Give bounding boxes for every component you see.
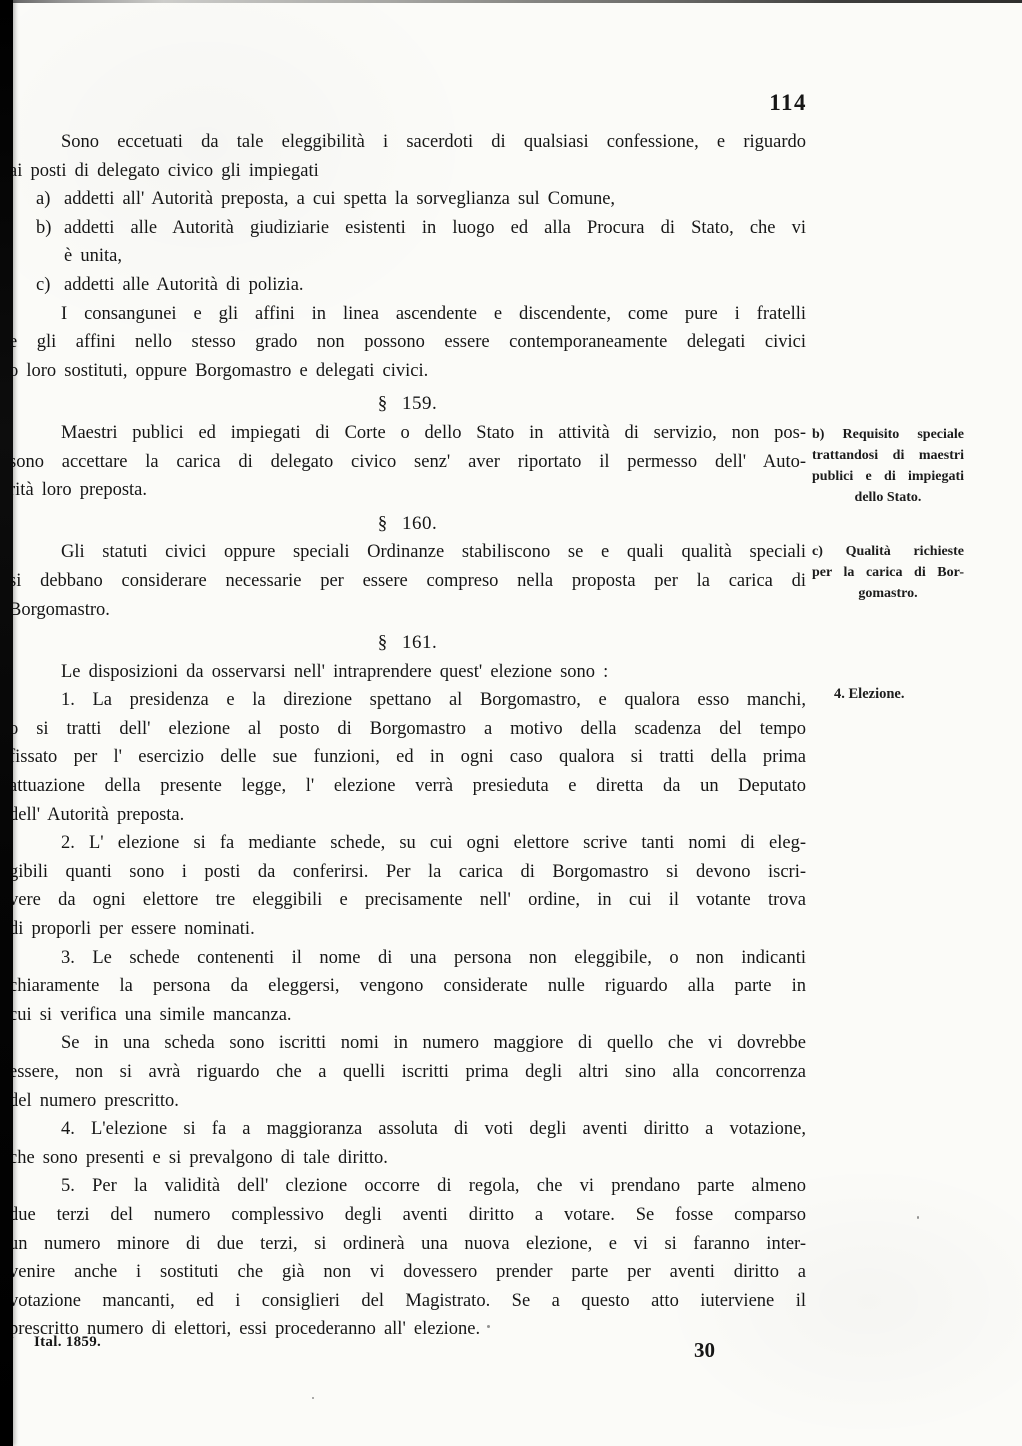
- text-line: è unita,: [9, 242, 806, 271]
- margin-note-line: per la carica di Bor-: [812, 562, 964, 583]
- list-label: c): [36, 271, 50, 300]
- text-line: attuazione della presente legge, l' elez…: [9, 772, 806, 801]
- text-line: si debbano considerare necessarie per es…: [9, 567, 806, 596]
- paragraph: Sono eccetuati da tale eleggibilità i sa…: [9, 128, 806, 185]
- text-line: sono accettare la carica di delegato civ…: [9, 448, 806, 477]
- text-line: essere, non si avrà riguardo che a quell…: [9, 1058, 806, 1087]
- list-item: c)addetti alle Autorità di polizia.: [9, 271, 806, 300]
- scanned-book-page: 114 Sono eccetuati da tale eleggibilità …: [0, 0, 1022, 1446]
- signature-number: 30: [694, 1338, 715, 1363]
- paragraph: 2. L' elezione si fa mediante schede, su…: [9, 829, 806, 943]
- section-heading: § 161.: [9, 629, 806, 658]
- paragraph: Maestri publici ed impiegati di Corte o …: [9, 419, 806, 505]
- margin-note-line: c) Qualità richieste: [812, 541, 964, 562]
- text-line: Sono eccetuati da tale eleggibilità i sa…: [9, 128, 806, 157]
- text-line: del numero prescritto.: [9, 1087, 806, 1116]
- list-label: b): [36, 214, 51, 243]
- text-line: rità loro preposta.: [9, 476, 806, 505]
- text-line: due terzi del numero complessivo degli a…: [9, 1201, 806, 1230]
- text-line: vere da ogni elettore tre eleggibili e p…: [9, 886, 806, 915]
- text-line: 5. Per la validità dell' clezione occorr…: [9, 1172, 806, 1201]
- text-line: 4. L'elezione si fa a maggioranza assolu…: [9, 1115, 806, 1144]
- text-line: di proporli per essere nominati.: [9, 915, 806, 944]
- paragraph: 3. Le schede contenenti il nome di una p…: [9, 944, 806, 1030]
- margin-note-line: publici e di impiegati: [812, 466, 964, 487]
- text-line: votazione mancanti, ed i consiglieri del…: [9, 1287, 806, 1316]
- margin-note-line: b) Requisito speciale: [812, 424, 964, 445]
- list-item: a)addetti all' Autorità preposta, a cui …: [9, 185, 806, 214]
- paragraph: 4. L'elezione si fa a maggioranza assolu…: [9, 1115, 806, 1172]
- text-line: Se in una scheda sono iscritti nomi in n…: [9, 1029, 806, 1058]
- note-b: b) Requisito specialetrattandosi di maes…: [812, 424, 964, 508]
- text-line: e gli affini nello stesso grado non poss…: [9, 328, 806, 357]
- list-label: a): [36, 185, 50, 214]
- text-line: gibili quanti sono i posti da conferirsi…: [9, 858, 806, 887]
- section-heading: § 160.: [9, 510, 806, 539]
- text-line: fissato per l' esercizio delle sue funzi…: [9, 743, 806, 772]
- note-c: c) Qualità richiesteper la carica di Bor…: [812, 541, 964, 604]
- text-line: dell' Autorità preposta.: [9, 801, 806, 830]
- paragraph: Le disposizioni da osservarsi nell' intr…: [9, 658, 806, 687]
- scan-speck: [917, 1216, 919, 1219]
- text-line: 2. L' elezione si fa mediante schede, su…: [9, 829, 806, 858]
- list-item: b)addetti alle Autorità giudiziarie esis…: [9, 214, 806, 271]
- page-number: 114: [0, 90, 807, 116]
- paragraph: Gli statuti civici oppure speciali Ordin…: [9, 538, 806, 624]
- section-heading: § 159.: [9, 390, 806, 419]
- note-elezione: 4. Elezione.: [812, 684, 986, 705]
- text-line: un numero minore di due terzi, si ordine…: [9, 1230, 806, 1259]
- paragraph: Se in una scheda sono iscritti nomi in n…: [9, 1029, 806, 1115]
- scan-left-binding-shadow: [0, 0, 13, 1446]
- text-line: cui si verifica una simile mancanza.: [9, 1001, 806, 1030]
- text-line: ai posti di delegato civico gli impiegat…: [9, 157, 806, 186]
- margin-note-line: dello Stato.: [812, 487, 964, 508]
- text-column: Sono eccetuati da tale eleggibilità i sa…: [9, 128, 806, 1344]
- text-line: Gli statuti civici oppure speciali Ordin…: [9, 538, 806, 567]
- paragraph: 5. Per la validità dell' clezione occorr…: [9, 1172, 806, 1344]
- margin-note-line: trattandosi di maestri: [812, 445, 964, 466]
- text-line: che sono presenti e si prevalgono di tal…: [9, 1144, 806, 1173]
- paragraph: I consangunei e gli affini in linea asce…: [9, 300, 806, 386]
- text-line: venire anche i sostituti che già non vi …: [9, 1258, 806, 1287]
- text-line: chiaramente la persona da eleggersi, ven…: [9, 972, 806, 1001]
- text-line: addetti alle Autorità di polizia.: [9, 271, 806, 300]
- text-line: 3. Le schede contenenti il nome di una p…: [9, 944, 806, 973]
- text-line: Le disposizioni da osservarsi nell' intr…: [9, 658, 806, 687]
- text-line: addetti all' Autorità preposta, a cui sp…: [9, 185, 806, 214]
- text-line: I consangunei e gli affini in linea asce…: [9, 300, 806, 329]
- scan-top-edge: [0, 0, 1022, 3]
- edition-footnote: Ital. 1859.: [34, 1334, 101, 1351]
- margin-note-line: gomastro.: [812, 583, 964, 604]
- paragraph: 1. La presidenza e la direzione spettano…: [9, 686, 806, 829]
- text-line: o si tratti dell' elezione al posto di B…: [9, 715, 806, 744]
- margin-note-line: 4. Elezione.: [834, 684, 986, 705]
- text-line: Maestri publici ed impiegati di Corte o …: [9, 419, 806, 448]
- text-line: Borgomastro.: [9, 596, 806, 625]
- text-line: 1. La presidenza e la direzione spettano…: [9, 686, 806, 715]
- text-line: o loro sostituti, oppure Borgomastro e d…: [9, 357, 806, 386]
- text-line: addetti alle Autorità giudiziarie esiste…: [9, 214, 806, 243]
- text-line: prescritto numero di elettori, essi proc…: [9, 1315, 806, 1344]
- scan-speck: [312, 1397, 314, 1399]
